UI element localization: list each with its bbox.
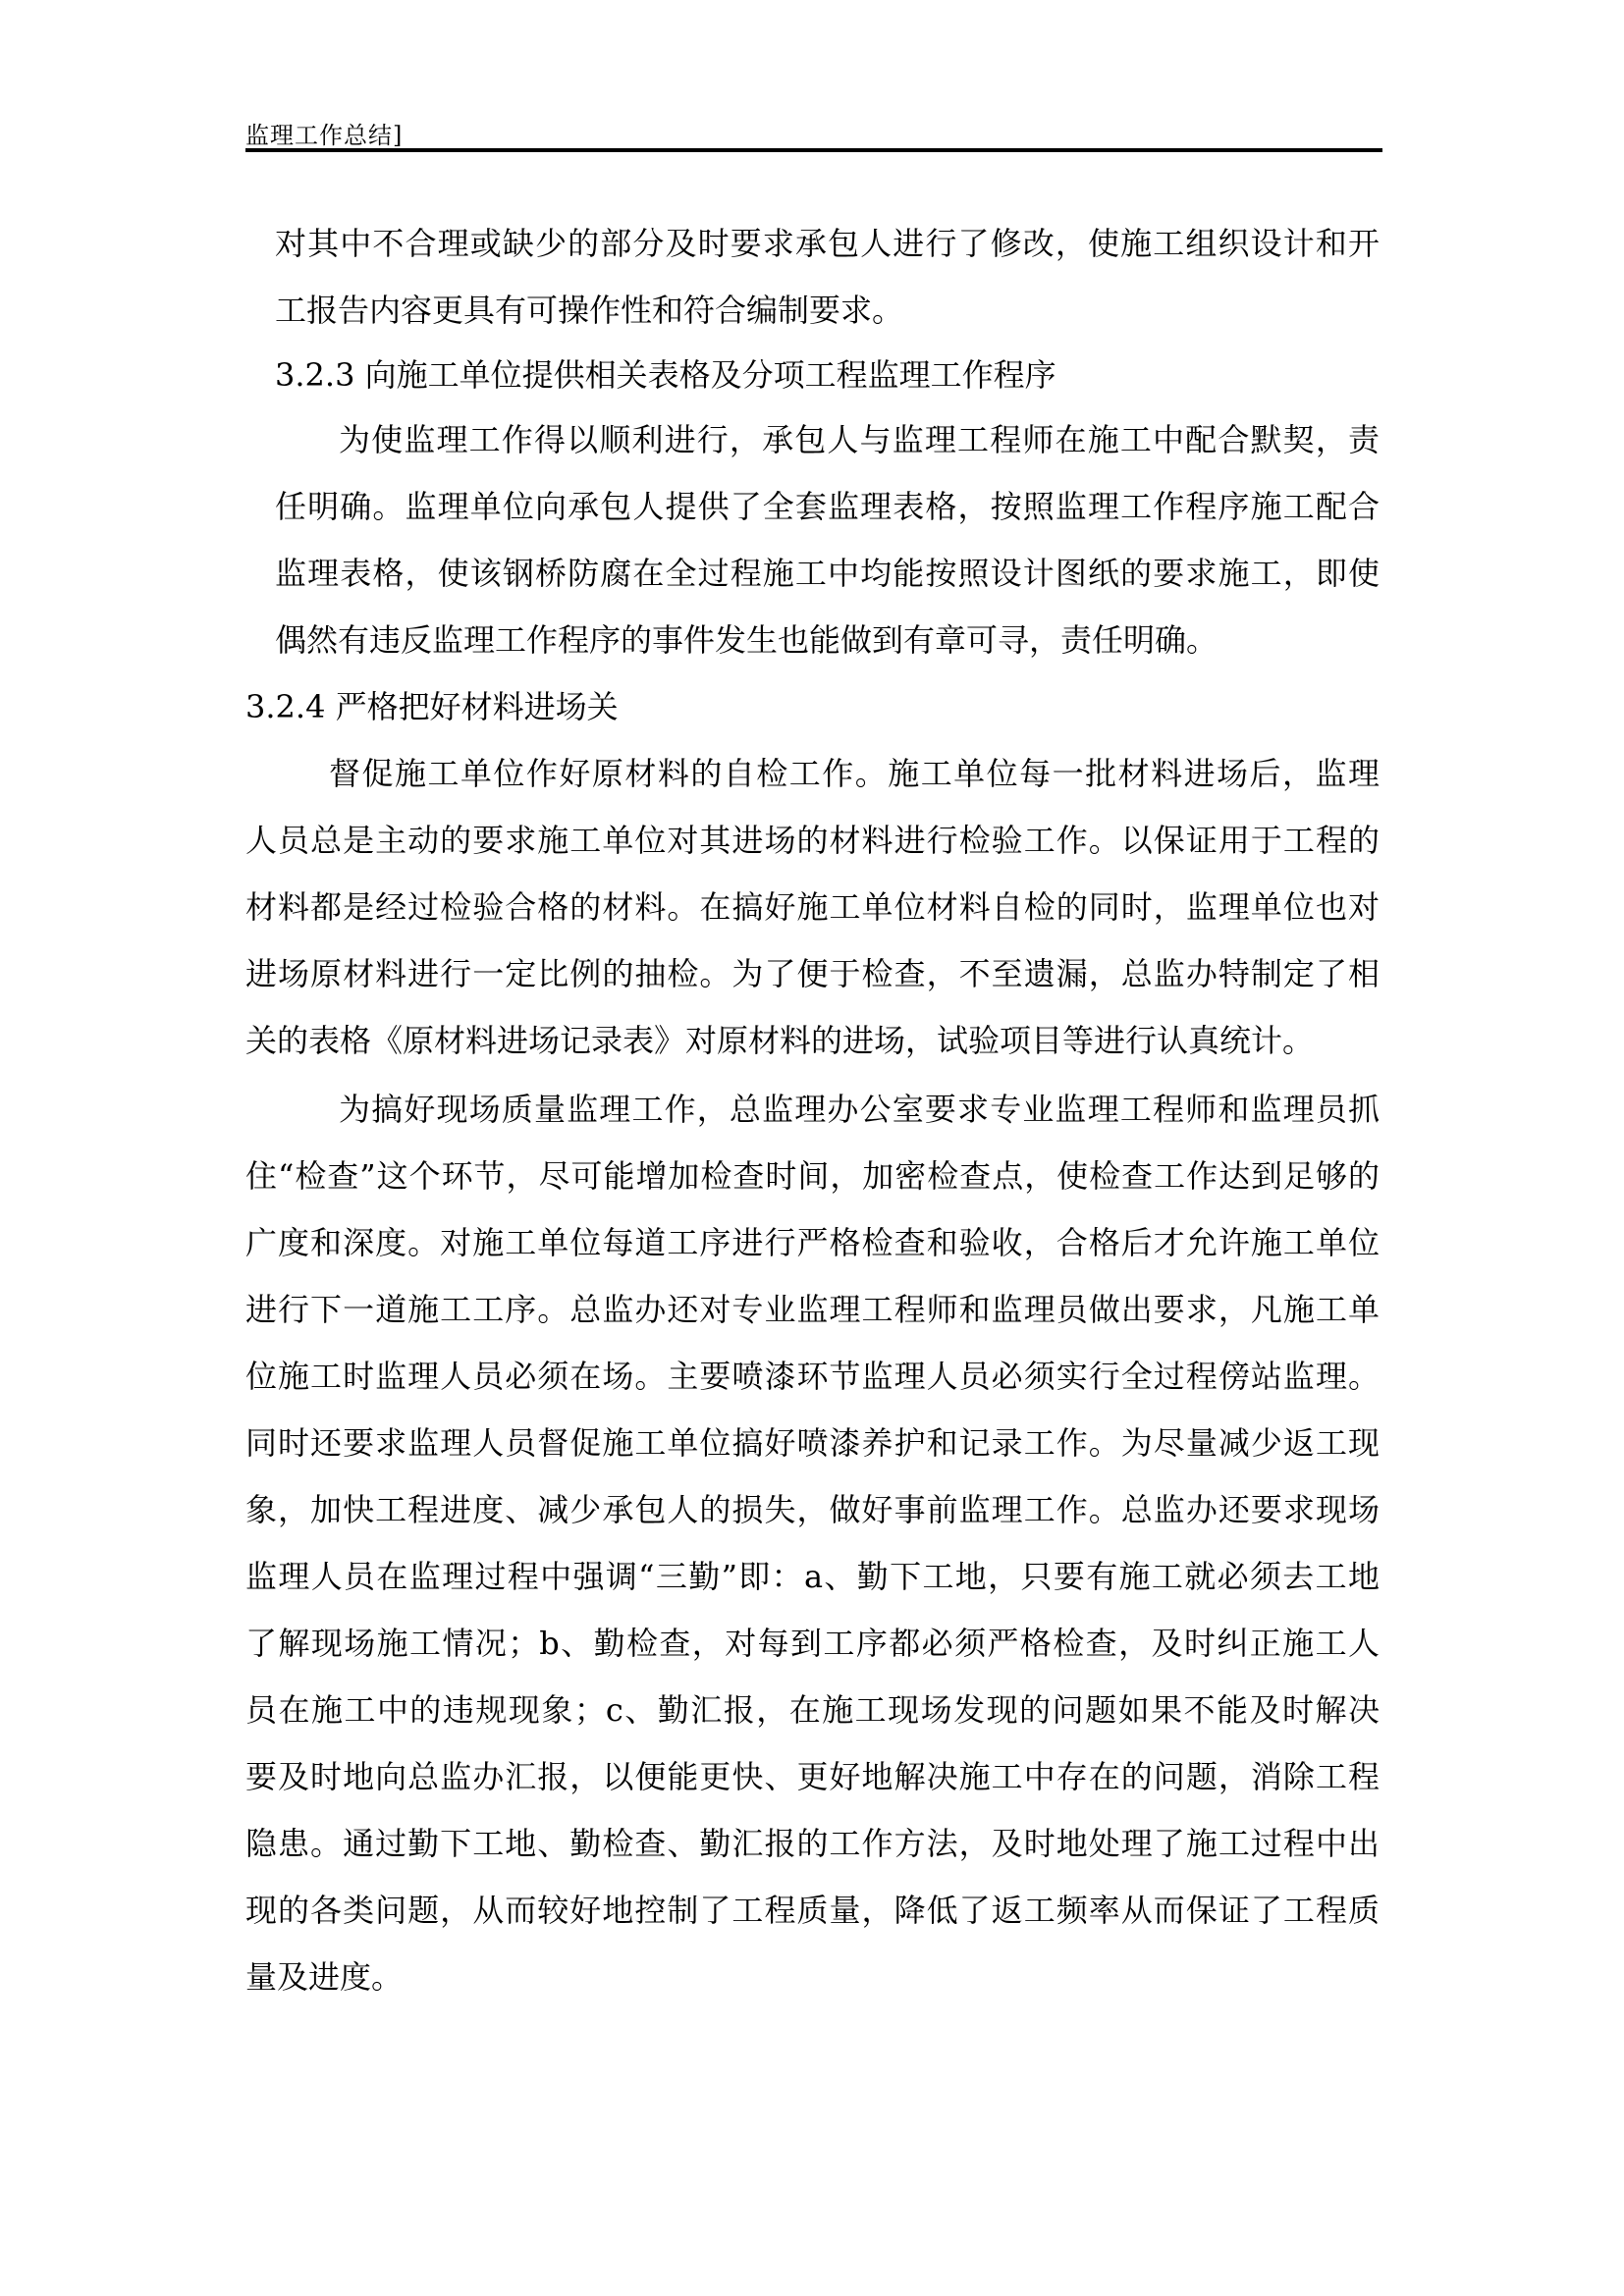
text-line: 员在施工中的违规现象；c、勤汇报，在施工现场发现的问题如果不能及时解决	[245, 1690, 1380, 1730]
text-line: 关的表格《原材料进场记录表》对原材料的进场，试验项目等进行认真统计。	[245, 1021, 1314, 1060]
text-line: 对其中不合理或缺少的部分及时要求承包人进行了修改，使施工组织设计和开	[275, 224, 1380, 263]
text-line: 象，加快工程进度、减少承包人的损失，做好事前监理工作。总监办还要求现场	[245, 1490, 1380, 1529]
text-line: 监理表格，使该钢桥防腐在全过程施工中均能按照设计图纸的要求施工，即使	[275, 554, 1380, 593]
text-line: 隐患。通过勤下工地、勤检查、勤汇报的工作方法，及时地处理了施工过程中出	[245, 1824, 1380, 1863]
running-header: 监理工作总结]	[245, 116, 403, 150]
text-line: 材料都是经过检验合格的材料。在搞好施工单位材料自检的同时，监理单位也对	[245, 887, 1380, 927]
text-line: 人员总是主动的要求施工单位对其进场的材料进行检验工作。以保证用于工程的	[245, 821, 1380, 860]
text-line: 监理人员在监理过程中强调“三勤”即：a、勤下工地，只要有施工就必须去工地	[245, 1557, 1380, 1596]
text-line: 督促施工单位作好原材料的自检工作。施工单位每一批材料进场后，监理	[329, 754, 1380, 793]
text-line: 现的各类问题，从而较好地控制了工程质量，降低了返工频率从而保证了工程质	[245, 1891, 1380, 1930]
text-line: 工报告内容更具有可操作性和符合编制要求。	[275, 291, 903, 330]
text-line: 了解现场施工情况；b、勤检查，对每到工序都必须严格检查，及时纠正施工人	[245, 1624, 1380, 1663]
text-line: 3.2.4 严格把好材料进场关	[245, 687, 619, 726]
text-line: 同时还要求监理人员督促施工单位搞好喷漆养护和记录工作。为尽量减少返工现	[245, 1423, 1380, 1463]
text-line: 住“检查”这个环节，尽可能增加检查时间，加密检查点，使检查工作达到足够的	[245, 1156, 1380, 1196]
text-line: 进场原材料进行一定比例的抽检。为了便于检查，不至遗漏，总监办特制定了相	[245, 954, 1380, 993]
header-rule	[245, 148, 1382, 152]
text-line: 要及时地向总监办汇报，以便能更快、更好地解决施工中存在的问题，消除工程	[245, 1757, 1380, 1796]
text-line: 位施工时监理人员必须在场。主要喷漆环节监理人员必须实行全过程傍站监理。	[245, 1357, 1380, 1396]
text-line: 任明确。监理单位向承包人提供了全套监理表格，按照监理工作程序施工配合	[275, 487, 1380, 526]
text-line: 量及进度。	[245, 1957, 403, 1997]
text-line: 为使监理工作得以顺利进行，承包人与监理工程师在施工中配合默契，责	[339, 420, 1380, 459]
text-line: 偶然有违反监理工作程序的事件发生也能做到有章可寻，责任明确。	[275, 620, 1218, 660]
text-line: 3.2.3 向施工单位提供相关表格及分项工程监理工作程序	[275, 355, 1056, 395]
text-line: 进行下一道施工工序。总监办还对专业监理工程师和监理员做出要求，凡施工单	[245, 1290, 1380, 1329]
text-line: 为搞好现场质量监理工作，总监理办公室要求专业监理工程师和监理员抓	[339, 1090, 1380, 1129]
text-line: 广度和深度。对施工单位每道工序进行严格检查和验收，合格后才允许施工单位	[245, 1223, 1380, 1262]
